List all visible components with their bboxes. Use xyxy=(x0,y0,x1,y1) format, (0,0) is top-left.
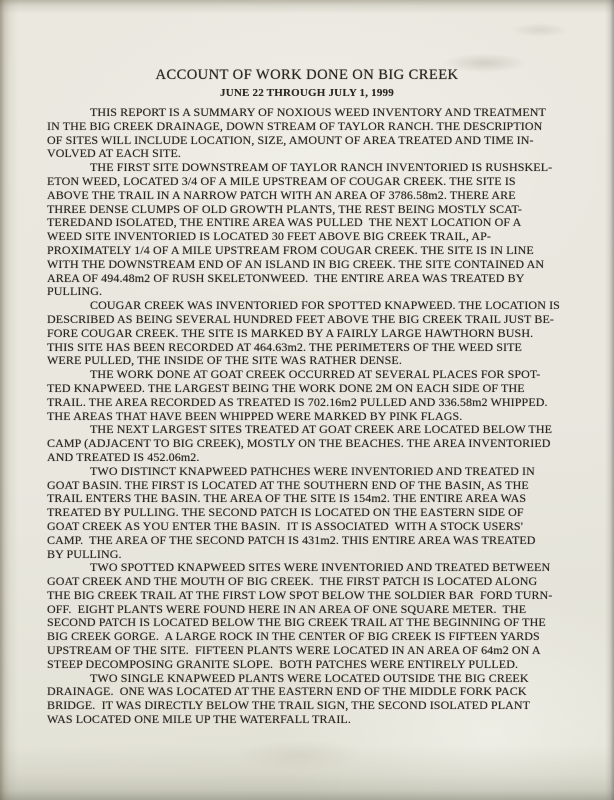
text-line: TRAIL. THE AREA RECORDED AS TREATED IS 7… xyxy=(47,396,567,410)
paragraph: TWO SINGLE KNAPWEED PLANTS WERE LOCATED … xyxy=(47,672,567,727)
text-line: UPSTREAM OF THE SITE. FIFTEEN PLANTS WER… xyxy=(47,644,567,658)
text-line: BIG CREEK GORGE. A LARGE ROCK IN THE CEN… xyxy=(47,630,567,644)
text-line: ETON WEED, LOCATED 3/4 OF A MILE UPSTREA… xyxy=(47,175,567,189)
text-line: TREATED BY PULLING. THE SECOND PATCH IS … xyxy=(47,506,567,520)
text-line: BY PULLING. xyxy=(47,548,567,562)
text-line: TWO DISTINCT KNAPWEED PATHCHES WERE INVE… xyxy=(47,465,567,479)
text-line: CAMP. THE AREA OF THE SECOND PATCH IS 43… xyxy=(47,534,567,548)
text-line: TED KNAPWEED. THE LARGEST BEING THE WORK… xyxy=(47,382,567,396)
text-line: THREE DENSE CLUMPS OF OLD GROWTH PLANTS,… xyxy=(47,203,567,217)
text-line: SECOND PATCH IS LOCATED BELOW THE BIG CR… xyxy=(47,616,567,630)
paragraph: COUGAR CREEK WAS INVENTORIED FOR SPOTTED… xyxy=(47,299,567,368)
text-line: THIS REPORT IS A SUMMARY OF NOXIOUS WEED… xyxy=(47,106,567,120)
text-line: DESCRIBED AS BEING SEVERAL HUNDRED FEET … xyxy=(47,313,567,327)
text-line: OF SITES WILL INCLUDE LOCATION, SIZE, AM… xyxy=(47,134,567,148)
text-line: GOAT CREEK AS YOU ENTER THE BASIN. IT IS… xyxy=(47,520,567,534)
text-line: THIS SITE HAS BEEN RECORDED AT 464.63m2.… xyxy=(47,341,567,355)
paragraph: THE WORK DONE AT GOAT CREEK OCCURRED AT … xyxy=(47,368,567,423)
paragraph: THE NEXT LARGEST SITES TREATED AT GOAT C… xyxy=(47,423,567,464)
text-line: PROXIMATELY 1/4 OF A MILE UPSTREAM FROM … xyxy=(47,244,567,258)
text-line: TEREDAND ISOLATED, THE ENTIRE AREA WAS P… xyxy=(47,216,567,230)
text-line: TWO SPOTTED KNAPWEED SITES WERE INVENTOR… xyxy=(47,561,567,575)
text-line: AND TREATED IS 452.06m2. xyxy=(47,451,567,465)
text-line: BRIDGE. IT WAS DIRECTLY BELOW THE TRAIL … xyxy=(47,699,567,713)
text-line: WERE PULLED, THE INSIDE OF THE SITE WAS … xyxy=(47,354,567,368)
document-header: ACCOUNT OF WORK DONE ON BIG CREEK JUNE 2… xyxy=(0,67,614,99)
text-line: ABOVE THE TRAIL IN A NARROW PATCH WITH A… xyxy=(47,189,567,203)
text-line: THE NEXT LARGEST SITES TREATED AT GOAT C… xyxy=(47,423,567,437)
text-line: TRAIL ENTERS THE BASIN. THE AREA OF THE … xyxy=(47,492,567,506)
text-line: GOAT BASIN. THE FIRST IS LOCATED AT THE … xyxy=(47,479,567,493)
text-line: VOLVED AT EACH SITE. xyxy=(47,147,567,161)
text-line: TWO SINGLE KNAPWEED PLANTS WERE LOCATED … xyxy=(47,672,567,686)
document-body: THIS REPORT IS A SUMMARY OF NOXIOUS WEED… xyxy=(47,106,567,727)
paragraph: THE FIRST SITE DOWNSTREAM OF TAYLOR RANC… xyxy=(47,161,567,299)
text-line: IN THE BIG CREEK DRAINAGE, DOWN STREAM O… xyxy=(47,120,567,134)
paragraph: TWO SPOTTED KNAPWEED SITES WERE INVENTOR… xyxy=(47,561,567,671)
paragraph: THIS REPORT IS A SUMMARY OF NOXIOUS WEED… xyxy=(47,106,567,161)
text-line: OFF. EIGHT PLANTS WERE FOUND HERE IN AN … xyxy=(47,603,567,617)
text-line: THE FIRST SITE DOWNSTREAM OF TAYLOR RANC… xyxy=(47,161,567,175)
text-line: CAMP (ADJACENT TO BIG CREEK), MOSTLY ON … xyxy=(47,437,567,451)
text-line: WAS LOCATED ONE MILE UP THE WATERFALL TR… xyxy=(47,713,567,727)
document-date-range: JUNE 22 THROUGH JULY 1, 1999 xyxy=(0,87,614,99)
text-line: GOAT CREEK AND THE MOUTH OF BIG CREEK. T… xyxy=(47,575,567,589)
paragraph: TWO DISTINCT KNAPWEED PATHCHES WERE INVE… xyxy=(47,465,567,562)
document-page: ACCOUNT OF WORK DONE ON BIG CREEK JUNE 2… xyxy=(0,0,614,800)
text-line: WITH THE DOWNSTREAM END OF AN ISLAND IN … xyxy=(47,258,567,272)
text-line: PULLING. xyxy=(47,285,567,299)
text-line: STEEP DECOMPOSING GRANITE SLOPE. BOTH PA… xyxy=(47,658,567,672)
text-line: COUGAR CREEK WAS INVENTORIED FOR SPOTTED… xyxy=(47,299,567,313)
text-line: DRAINAGE. ONE WAS LOCATED AT THE EASTERN… xyxy=(47,685,567,699)
text-line: THE AREAS THAT HAVE BEEN WHIPPED WERE MA… xyxy=(47,410,567,424)
text-line: FORE COUGAR CREEK. THE SITE IS MARKED BY… xyxy=(47,327,567,341)
text-line: THE WORK DONE AT GOAT CREEK OCCURRED AT … xyxy=(47,368,567,382)
text-line: AREA OF 494.48m2 OF RUSH SKELETONWEED. T… xyxy=(47,272,567,286)
page-title: ACCOUNT OF WORK DONE ON BIG CREEK xyxy=(0,67,614,84)
text-line: THE BIG CREEK TRAIL AT THE FIRST LOW SPO… xyxy=(47,589,567,603)
text-line: WEED SITE INVENTORIED IS LOCATED 30 FEET… xyxy=(47,230,567,244)
